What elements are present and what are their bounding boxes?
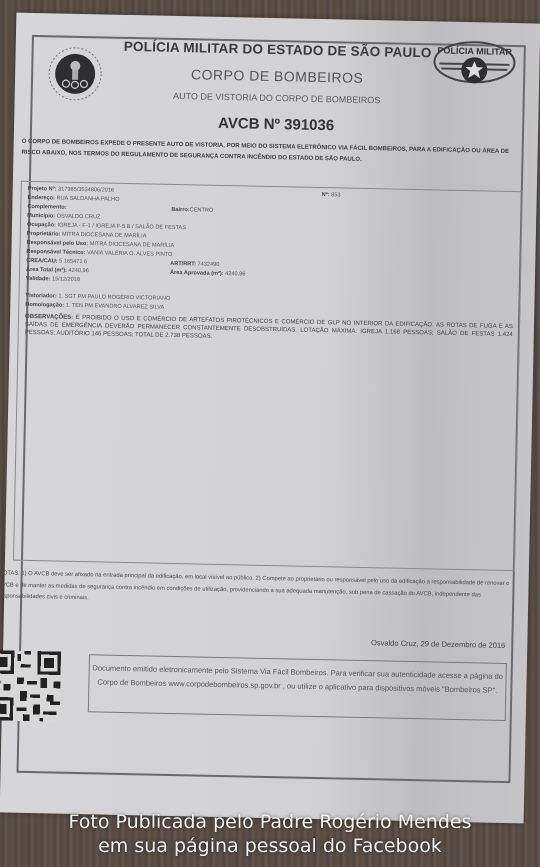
photo-caption: Foto Publicada pelo Padre Rogério Mendes… bbox=[0, 810, 540, 858]
field-proprietario: Proprietário: MITRA DIOCESANA DE MARÍLIA bbox=[27, 231, 147, 240]
field-bairro: Bairro:CENTRO bbox=[171, 207, 213, 214]
caption-line-1: Foto Publicada pelo Padre Rogério Mendes bbox=[0, 810, 540, 834]
qr-code-icon bbox=[0, 648, 61, 723]
field-area-aprovada: Área Aprovada (m²): 4240,96 bbox=[170, 270, 245, 278]
field-area-total: Área Total (m²): 4240,96 bbox=[26, 267, 89, 274]
field-validade: Validade: 15/12/2018 bbox=[26, 276, 80, 283]
building-data-block: Projeto Nº: 317985/3534806/2016 Nº: 853 … bbox=[13, 181, 523, 571]
field-responsavel-tecnico: Responsável Técnico: VANIA VALÉRIA O. AL… bbox=[26, 249, 172, 258]
field-complemento: Complemento: bbox=[27, 204, 66, 211]
field-municipio: Município: OSVALDO CRUZ bbox=[27, 213, 100, 221]
authentication-notice: Documento emitido eletronicamente pelo S… bbox=[88, 654, 507, 721]
caption-line-2: em sua página pessoal do Facebook bbox=[0, 834, 540, 858]
field-projeto: Projeto Nº: 317985/3534806/2016 bbox=[28, 186, 114, 194]
field-responsavel-uso: Responsável pelo Uso: MITRA DIOCESANA DE… bbox=[27, 240, 175, 249]
field-numero: Nº: 853 bbox=[322, 192, 341, 198]
field-crea: CREA/CAU: 5 165471 6 bbox=[26, 258, 87, 265]
document-paper: POLÍCIA MILITAR POLÍCIA MILITAR DO ESTAD… bbox=[0, 13, 540, 824]
field-ocupacao: Ocupação: IGREJA - F-1 / IGREJA F-5 B / … bbox=[27, 222, 186, 231]
observations: OBSERVAÇÕES: É PROIBIDO O USO E COMÉRCIO… bbox=[25, 313, 513, 347]
field-endereco: Endereço: RUA SALDANHA PALHO bbox=[27, 195, 119, 203]
field-vistoriador: Vistoriador: 1. SGT PM PAULO ROGÉRIO VIC… bbox=[25, 293, 170, 302]
field-art: ART/RRT: 7432490 bbox=[170, 261, 219, 268]
field-homologacao: Homologação: 1. TEN PM EVANDRO ALVAREZ S… bbox=[25, 302, 164, 311]
